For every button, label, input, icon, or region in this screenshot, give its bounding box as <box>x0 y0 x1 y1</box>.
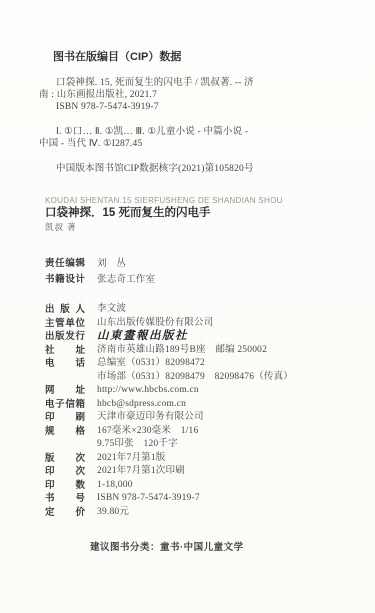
cip-line: 南 : 山东画报出版社, 2021.7 <box>39 89 347 101</box>
info-row-phone-2: 市场部（0531）82098479 82098476（传真） <box>45 371 347 385</box>
credit-row: 责任编辑 刘 丛 <box>45 256 347 272</box>
colophon-page: 图书在版编目（CIP）数据 口袋神探. 15, 死而复生的闪电手 / 凯叔著. … <box>0 0 375 613</box>
publisher-info-section: 出版人 李文波 主管单位 山东出版传媒股份有限公司 出版发行 山東畫報出版社 社… <box>45 303 347 519</box>
info-label: 电子信箱 <box>45 398 85 412</box>
info-label: 书号 <box>45 492 85 506</box>
info-label: 规格 <box>45 425 85 439</box>
info-value: hbcb@sdpress.com.cn <box>97 398 186 412</box>
info-label: 网址 <box>45 384 85 398</box>
book-author: 凯叔 著 <box>45 221 347 233</box>
info-label: 电话 <box>45 357 85 371</box>
book-title: 口袋神探．15 死而复生的闪电手 <box>45 206 347 221</box>
info-value: 1-18,000 <box>97 479 133 493</box>
credit-row: 书籍设计 张志奇工作室 <box>45 272 347 288</box>
info-value: 李文波 <box>97 303 126 317</box>
credits-section: 责任编辑 刘 丛 书籍设计 张志奇工作室 <box>45 256 347 288</box>
spacer <box>39 150 347 163</box>
info-value: http://www.hbcbs.com.cn <box>97 384 199 398</box>
info-value: 天津市豪迈印务有限公司 <box>97 411 204 425</box>
info-row-publisher: 出版发行 山東畫報出版社 <box>45 330 347 344</box>
cip-line: Ⅰ. ①口… Ⅱ. ①凯… Ⅲ. ①儿童小说 - 中篇小说 - <box>39 126 347 138</box>
credit-value: 刘 丛 <box>97 256 126 272</box>
info-label: 印次 <box>45 465 85 479</box>
info-value: 山东出版传媒股份有限公司 <box>97 317 213 331</box>
credit-label: 书籍设计 <box>45 272 85 288</box>
spacer <box>39 113 347 126</box>
credit-value: 张志奇工作室 <box>97 272 155 288</box>
info-row-edition: 版次 2021年7月第1版 <box>45 452 347 466</box>
info-value: 9.75印张 120千字 <box>97 438 178 452</box>
info-value: 2021年7月第1次印刷 <box>97 465 185 479</box>
cip-heading: 图书在版编目（CIP）数据 <box>53 50 347 64</box>
title-pinyin: KOUDAI SHENTAN.15 SIERFUSHENG DE SHANDIA… <box>45 196 347 206</box>
info-label: 印数 <box>45 479 85 493</box>
info-row-isbn: 书号 ISBN 978-7-5474-3919-7 <box>45 492 347 506</box>
cip-section: 图书在版编目（CIP）数据 口袋神探. 15, 死而复生的闪电手 / 凯叔著. … <box>39 50 347 175</box>
info-row-website: 网址 http://www.hbcbs.com.cn <box>45 384 347 398</box>
info-row-supervisor: 主管单位 山东出版传媒股份有限公司 <box>45 317 347 331</box>
info-row-format-2: 9.75印张 120千字 <box>45 438 347 452</box>
category-note: 建议图书分类：童书·中国儿童文学 <box>90 539 244 553</box>
info-label: 出版发行 <box>45 330 85 344</box>
info-row-impression: 印次 2021年7月第1次印刷 <box>45 465 347 479</box>
cip-record-number: 中国版本图书馆CIP数据核字(2021)第105820号 <box>39 163 347 175</box>
info-value: 济南市英雄山路189号B座 邮编 250002 <box>97 344 267 358</box>
info-value: 39.80元 <box>97 506 129 520</box>
info-label: 社址 <box>45 344 85 358</box>
info-label <box>45 438 85 452</box>
info-label: 主管单位 <box>45 317 85 331</box>
info-row-format: 规格 167毫米×230毫米 1/16 <box>45 425 347 439</box>
info-row-address: 社址 济南市英雄山路189号B座 邮编 250002 <box>45 344 347 358</box>
info-value: 167毫米×230毫米 1/16 <box>97 425 198 439</box>
cip-line: 口袋神探. 15, 死而复生的闪电手 / 凯叔著. -- 济 <box>39 77 347 89</box>
cip-line: 中国 - 当代 Ⅳ. ①I287.45 <box>39 138 347 150</box>
cip-line: ISBN 978-7-5474-3919-7 <box>39 101 347 113</box>
info-row-printer: 印刷 天津市豪迈印务有限公司 <box>45 411 347 425</box>
info-row-email: 电子信箱 hbcb@sdpress.com.cn <box>45 398 347 412</box>
publisher-logotype: 山東畫報出版社 <box>97 330 188 344</box>
info-label: 出版人 <box>45 303 85 317</box>
info-label: 印刷 <box>45 411 85 425</box>
info-row-price: 定价 39.80元 <box>45 506 347 520</box>
info-row-phone: 电话 总编室（0531）82098472 <box>45 357 347 371</box>
credit-label: 责任编辑 <box>45 256 85 272</box>
info-value: ISBN 978-7-5474-3919-7 <box>97 492 200 506</box>
info-label: 版次 <box>45 452 85 466</box>
info-row-publisher-person: 出版人 李文波 <box>45 303 347 317</box>
info-value: 2021年7月第1版 <box>97 452 166 466</box>
info-label: 定价 <box>45 506 85 520</box>
info-label <box>45 371 85 385</box>
info-value: 总编室（0531）82098472 <box>97 357 205 371</box>
info-row-print-run: 印数 1-18,000 <box>45 479 347 493</box>
title-block: KOUDAI SHENTAN.15 SIERFUSHENG DE SHANDIA… <box>45 196 347 233</box>
info-value: 市场部（0531）82098479 82098476（传真） <box>97 371 293 385</box>
